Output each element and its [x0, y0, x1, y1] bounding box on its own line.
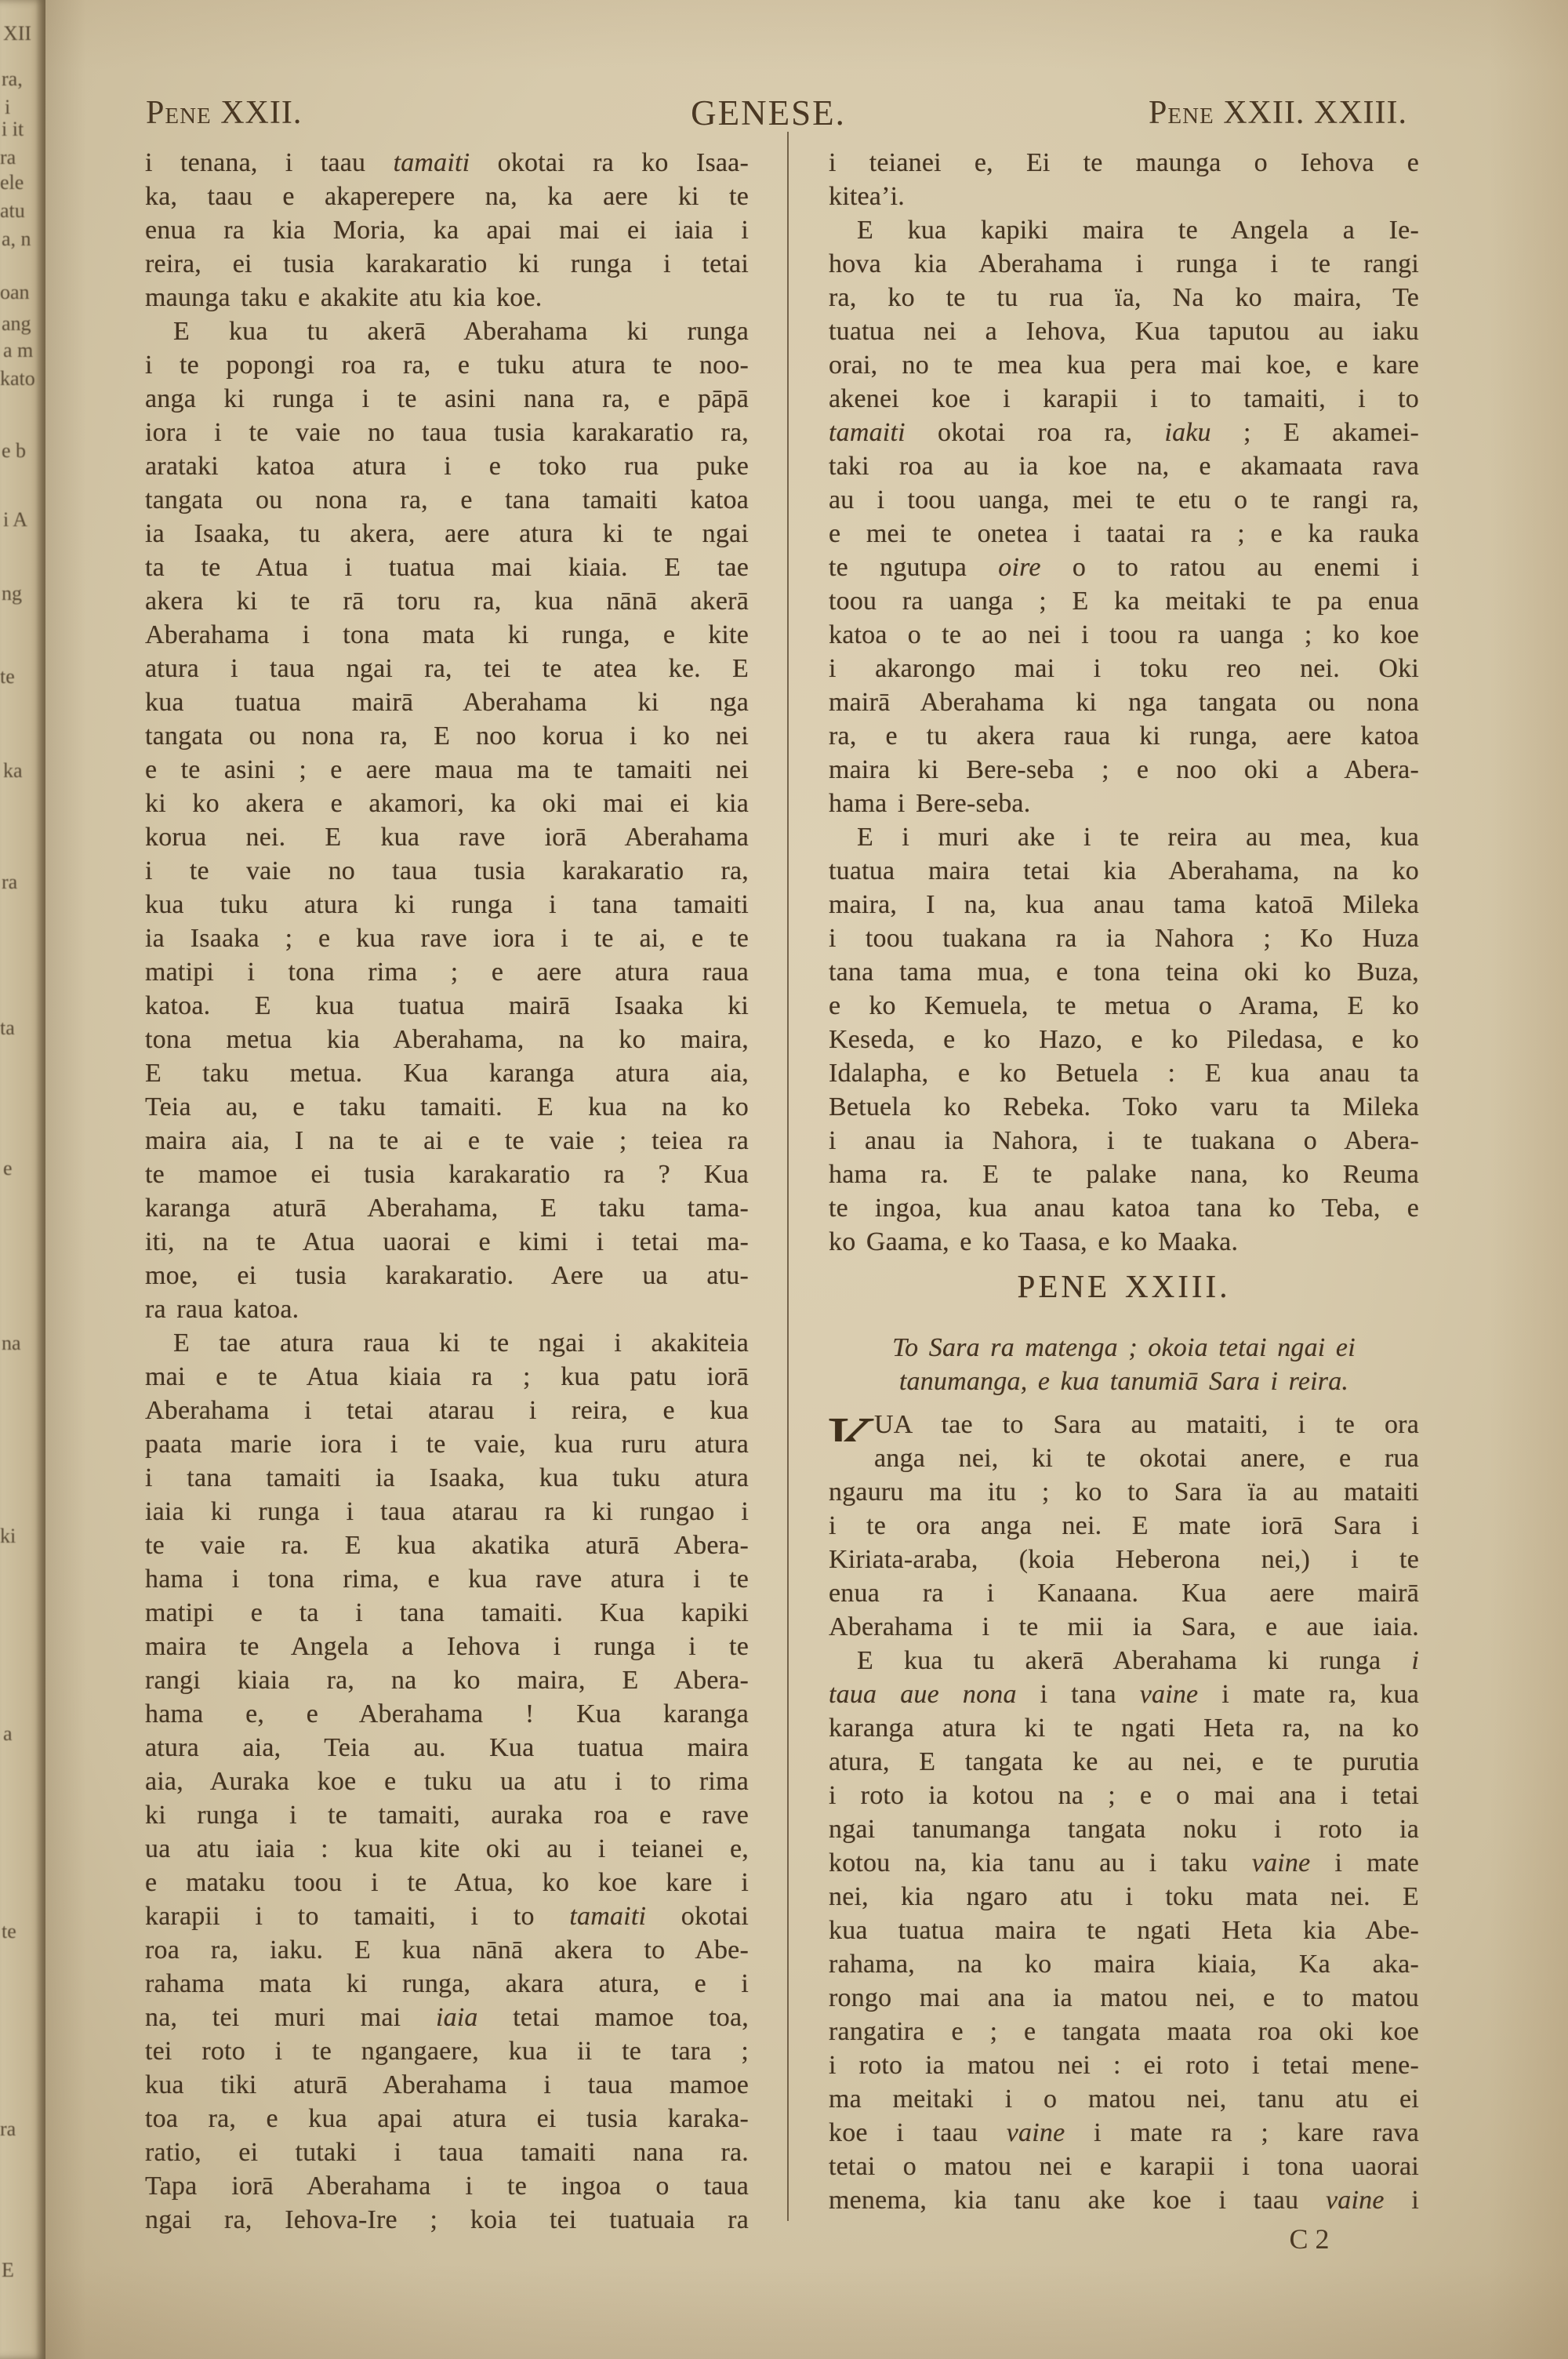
text-line: rahama mata ki runga, akara atura, e i	[145, 1967, 749, 2001]
text-line: Betuela ko Rebeka. Toko varu ta Mileka	[829, 1090, 1419, 1124]
text-line: i tenana, i taau tamaiti okotai ra ko Is…	[145, 146, 749, 180]
text-line: 15E kua kapiki maira te Angela a Ie-	[829, 213, 1419, 247]
text-line: koe i taau vaine i mate ra ; kare rava	[829, 2116, 1419, 2150]
text-line: 6korua nei. E kua rave iorā Aberahama	[145, 820, 749, 854]
edge-text-fragment: E	[2, 2259, 14, 2282]
text-line: Teia au, e taku tamaiti. E kua na ko	[145, 1090, 749, 1124]
text-line: 19i akarongo mai i toku reo nei. Oki	[829, 652, 1419, 685]
edge-text-fragment: ra,	[2, 67, 23, 91]
text-line: 5nei, kia ngaro atu i toku mata nei. E	[829, 1880, 1419, 1914]
text-line: 9E tae atura raua ki te ngai i akakiteia	[145, 1326, 749, 1360]
text-line: akenei koe i karapii i to tamaiti, i to	[829, 382, 1419, 416]
edge-text-fragment: ra	[0, 2117, 16, 2141]
text-line: orai, no te mea kua pera mai koe, e kare	[829, 348, 1419, 382]
verse-lines-chapter-23: 1KUA tae to Sara au mataiti, i te oraang…	[829, 1408, 1419, 2217]
text-line: katoa o te ao nei i toou ra uanga ; ko k…	[829, 618, 1419, 652]
text-line: 14Tapa iorā Aberahama i te ingoa o taua	[145, 2169, 749, 2203]
text-line: menema, kia tanu ake koe i taau vaine i	[829, 2183, 1419, 2217]
text-line: mai e te Atua kiaia ra ; kua patu iorā	[145, 1360, 749, 1394]
text-line: ki ko akera e akamori, ka oki mai ei kia	[145, 787, 749, 820]
text-line: 2i te ora anga nei. E mate iorā Sara i	[829, 1509, 1419, 1543]
edge-text-fragment: ng	[2, 582, 22, 605]
text-line: ka, taau e akaperepere na, ka aere ki te	[145, 180, 749, 213]
text-line: 1KUA tae to Sara au mataiti, i te ora	[829, 1408, 1419, 1441]
drop-cap: K	[829, 1410, 878, 1441]
edge-text-fragment: ele	[0, 171, 24, 194]
text-line: moe, ei tusia karakaratio. Aere ua atu-	[145, 1259, 749, 1292]
text-line: karanga aturā Aberahama, E taku tama-	[145, 1191, 749, 1225]
text-line: tana tama mua, e tona teina oki ko Buza,	[829, 955, 1419, 989]
text-line: au i toou uanga, mei te etu o te rangi r…	[829, 483, 1419, 517]
text-line: anga nei, ki te okotai anere, e rua	[829, 1441, 1419, 1475]
edge-text-fragment: te	[0, 665, 15, 689]
text-line: reira, ei tusia karakaratio ki runga i t…	[145, 247, 749, 281]
text-line: maira, I na, kua anau tama katoā Mileka	[829, 888, 1419, 921]
text-line: e mei te onetea i taatai ra ; e ka rauka	[829, 517, 1419, 551]
text-line: tuatua maira tetai kia Aberahama, na ko	[829, 854, 1419, 888]
text-line: e mataku toou i te Atua, ko koe kare i	[145, 1866, 749, 1899]
text-line: i te popongi roa ra, e tuku atura te noo…	[145, 348, 749, 382]
text-line: hama i Bere-seba.	[829, 787, 1419, 820]
running-head-left: Pene XXII.	[146, 94, 302, 132]
text-line: 6rahama, na ko maira kiaia, Ka aka-	[829, 1947, 1419, 1981]
text-line: mairā Aberahama ki nga tangata ou nona	[829, 685, 1419, 719]
edge-text-fragment: i A	[3, 508, 27, 532]
text-line: i te vaie no taua tusia karakaratio ra,	[145, 854, 749, 888]
text-line: 4atura, E tangata ke au nei, e te puruti…	[829, 1745, 1419, 1779]
text-line: kua tiki aturā Aberahama i taua mamoe	[145, 2068, 749, 2102]
text-line: taua aue nona i tana vaine i mate ra, ku…	[829, 1677, 1419, 1711]
text-line: ratio, ei tutaki i taua tamaiti nana ra.	[145, 2135, 749, 2169]
text-line: na, tei muri mai iaia tetai mamoe toa,	[145, 2001, 749, 2034]
text-line: i roto ia matou nei : ei roto i tetai me…	[829, 2048, 1419, 2082]
edge-text-fragment: i it	[2, 118, 24, 141]
text-line: toa ra, e kua apai atura ei tusia karaka…	[145, 2102, 749, 2135]
text-line: ua atu iaia : kua kite oki au i teianei …	[145, 1832, 749, 1866]
text-line: 8te mamoe ei tusia karakaratio ra ? Kua	[145, 1158, 749, 1191]
edge-text-fragment: kato	[0, 367, 35, 391]
edge-text-fragment: ang	[2, 312, 31, 336]
text-line: paata marie iora i te vaie, kua ruru atu…	[145, 1427, 749, 1461]
text-line: i roto ia kotou na ; e o mai ana i tetai	[829, 1779, 1419, 1812]
text-line: 16ra, ko te tu rua ïa, Na ko maira, Te	[829, 281, 1419, 314]
text-line: i tana tamaiti ia Isaaka, kua tuku atura	[145, 1461, 749, 1495]
text-line: hama e, e Aberahama ! Kua karanga	[145, 1697, 749, 1731]
text-line: kua tuku atura ki runga i tana tamaiti	[145, 888, 749, 921]
text-line: 13roa ra, iaku. E kua nānā akera to Abe-	[145, 1933, 749, 1967]
text-line: tangata ou nona ra, e tana tamaiti katoa	[145, 483, 749, 517]
text-line: To Sara ra matenga ; okoia tetai ngai ei	[829, 1331, 1419, 1365]
edge-text-fragment: atu	[0, 199, 25, 223]
text-line: 3E kua tu akerā Aberahama ki runga	[145, 314, 749, 348]
edge-text-fragment: e b	[2, 439, 26, 463]
running-head-right: Pene XXII. XXIII.	[1149, 94, 1407, 132]
edge-text-fragment: oan	[0, 281, 30, 304]
text-line: kitea’i.	[829, 180, 1419, 213]
text-column-left: i tenana, i taau tamaiti okotai ra ko Is…	[145, 146, 749, 2237]
previous-page-edge: XIIra,ii itraeleatua, noananga mkatoe bi…	[0, 0, 45, 2359]
text-line: anga ki runga i te asini nana ra, e pāpā	[145, 382, 749, 416]
chapter-intro: To Sara ra matenga ; okoia tetai ngai ei…	[829, 1331, 1419, 1398]
text-line: ko Gaama, e ko Taasa, e ko Maaka.	[829, 1225, 1419, 1259]
text-line: 10te vaie ra. E kua akatika aturā Abera-	[145, 1528, 749, 1562]
edge-text-fragment: na	[2, 1332, 21, 1355]
text-line: karapii i to tamaiti, i to tamaiti okota…	[145, 1899, 749, 1933]
text-line: iaia ki runga i taua atarau ra ki rungao…	[145, 1495, 749, 1528]
text-line: tangata ou nona ra, E noo korua i ko nei	[145, 719, 749, 753]
chapter-heading: PENE XXIII.	[829, 1268, 1419, 1304]
text-line: ia Isaaka, tu akera, aere atura ki te ng…	[145, 517, 749, 551]
text-line: Aberahama i te mii ia Sara, e aue iaia.	[829, 1610, 1419, 1644]
text-line: Aberahama i tetai atarau i reira, e kua	[145, 1394, 749, 1427]
text-line: enua ra i Kanaana. Kua aere mairā	[829, 1576, 1419, 1610]
book-page: XIIra,ii itraeleatua, noananga mkatoe bi…	[0, 0, 1568, 2359]
edge-text-fragment: ra	[2, 871, 17, 894]
edge-text-fragment: ki	[0, 1525, 16, 1548]
text-line: 17tamaiti okotai roa ra, iaku ; E akamei…	[829, 416, 1419, 449]
text-line: matipi i tona rima ; e aere atura raua	[145, 955, 749, 989]
text-line: 4ta te Atua i tuatua mai kiaia. E tae	[145, 551, 749, 584]
text-line: te ngutupa oire o to ratou au enemi i	[829, 551, 1419, 584]
text-line: 11matipi e ta i tana tamaiti. Kua kapiki	[145, 1596, 749, 1630]
signature-mark: C 2	[1247, 2223, 1372, 2255]
text-line: E taku metua. Kua karanga atura aia,	[145, 1056, 749, 1090]
text-line: Keseda, e ko Hazo, e ko Piledasa, e ko	[829, 1023, 1419, 1056]
text-line: kua tuatua mairā Aberahama ki nga	[145, 685, 749, 719]
text-line: e te asini ; e aere maua ma te tamaiti n…	[145, 753, 749, 787]
text-line: tona metua kia Aberahama, na ko maira,	[145, 1023, 749, 1056]
edge-text-fragment: a	[3, 1722, 13, 1746]
text-line: arataki katoa atura i e toko rua puke	[145, 449, 749, 483]
text-line: i teianei e, Ei te maunga o Iehova e	[829, 146, 1419, 180]
scanned-book-photo: { "page": { "paper_color": "#d7caac", "i…	[0, 0, 1568, 2359]
text-line: kua tuatua maira te ngati Heta kia Abe-	[829, 1914, 1419, 1947]
text-line: 24hama ra. E te palake nana, ko Reuma	[829, 1158, 1419, 1191]
text-line: rangi kiaia ra, na ko maira, E Abera-	[145, 1663, 749, 1697]
text-line: iora i te vaie no taua tusia karakaratio…	[145, 416, 749, 449]
edge-text-fragment: ka	[3, 759, 23, 783]
text-line: iti, na te Atua uaorai e kimi i tetai ma…	[145, 1225, 749, 1259]
text-line: 12atura aia, Teia au. Kua tuatua maira	[145, 1731, 749, 1765]
text-line: maunga taku e akakite atu kia koe.	[145, 281, 749, 314]
text-line: 22e ko Kemuela, te metua o Arama, E ko	[829, 989, 1419, 1023]
text-line: ra, e tu akera raua ki runga, aere katoa	[829, 719, 1419, 753]
text-line: te ingoa, kua anau katoa tana ko Teba, e	[829, 1191, 1419, 1225]
text-line: kotou na, kia tanu au i taku vaine i mat…	[829, 1846, 1419, 1880]
text-line: tei roto i te ngangaere, kua ii te tara …	[145, 2034, 749, 2068]
text-line: Kiriata-araba, (koia Heberona nei,) i te	[829, 1543, 1419, 1576]
text-line: ngauru ma itu ; ko to Sara ïa au mataiti	[829, 1475, 1419, 1509]
text-line: Aberahama i tona mata ki runga, e kite	[145, 618, 749, 652]
text-line: i anau ia Nahora, i te tuakana o Abera-	[829, 1124, 1419, 1158]
text-line: ki runga i te tamaiti, auraka roa e rave	[145, 1798, 749, 1832]
text-line: akera ki te rā toru ra, kua nānā akerā	[145, 584, 749, 618]
edge-text-fragment: e	[3, 1157, 13, 1180]
text-line: maira ki Bere-seba ; e noo oki a Abera-	[829, 753, 1419, 787]
edge-text-fragment: i	[5, 96, 10, 119]
text-line: enua ra kia Moria, ka apai mai ei iaia i	[145, 213, 749, 247]
column-divider-rule	[787, 132, 789, 2221]
text-line: aia, Auraka koe e tuku ua atu i to rima	[145, 1765, 749, 1798]
text-line: hova kia Aberahama i runga i te rangi	[829, 247, 1419, 281]
text-line: 23Idalapha, e ko Betuela : E kua anau ta	[829, 1056, 1419, 1090]
text-line: 7katoa. E kua tuatua mairā Isaaka ki	[145, 989, 749, 1023]
text-line: hama i tona rima, e kua rave atura i te	[145, 1562, 749, 1596]
edge-text-fragment: XII	[3, 22, 31, 45]
text-line: tanumanga, e kua tanumiā Sara i reira.	[829, 1365, 1419, 1398]
text-line: 20E i muri ake i te reira au mea, kua	[829, 820, 1419, 854]
text-line: taki roa au ia koe na, e akamaata rava	[829, 449, 1419, 483]
edge-text-fragment: ra	[0, 146, 16, 169]
edge-text-fragment: te	[2, 1920, 16, 1943]
text-line: ia Isaaka ; e kua rave iora i te ai, e t…	[145, 921, 749, 955]
text-line: karanga atura ki te ngati Heta ra, na ko	[829, 1711, 1419, 1745]
text-line: 21i toou tuakana ra ia Nahora ; Ko Huza	[829, 921, 1419, 955]
text-line: ngai tanumanga tangata noku i roto ia	[829, 1812, 1419, 1846]
text-line: rangatira e ; e tangata maata roa oki ko…	[829, 2015, 1419, 2048]
edge-text-fragment: a m	[3, 339, 33, 362]
verse-lines-chapter-22: i teianei e, Ei te maunga o Iehova ekite…	[829, 146, 1419, 1259]
text-line: ma meitaki i o matou nei, tanu atu ei	[829, 2082, 1419, 2116]
text-line: maira te Angela a Iehova i runga i te	[145, 1630, 749, 1663]
text-column-right: i teianei e, Ei te maunga o Iehova ekite…	[829, 146, 1419, 2217]
text-line: ngai ra, Iehova-Ire ; koia tei tuatuaia …	[145, 2203, 749, 2237]
text-line: tuatua nei a Iehova, Kua taputou au iaku	[829, 314, 1419, 348]
edge-text-fragment: a, n	[2, 227, 31, 251]
edge-text-fragment: ta	[0, 1016, 15, 1040]
text-line: tetai o matou nei e karapii i tona uaora…	[829, 2150, 1419, 2183]
text-line: 18toou ra uanga ; E ka meitaki te pa enu…	[829, 584, 1419, 618]
text-line: rongo mai ana ia matou nei, e to matou	[829, 1981, 1419, 2015]
text-line: 3E kua tu akerā Aberahama ki runga i	[829, 1644, 1419, 1677]
text-line: 5atura i taua ngai ra, tei te atea ke. E	[145, 652, 749, 685]
running-head-title: GENESE.	[612, 94, 925, 132]
text-line: ra raua katoa.	[145, 1292, 749, 1326]
text-line: maira aia, I na te ai e te vaie ; teiea …	[145, 1124, 749, 1158]
